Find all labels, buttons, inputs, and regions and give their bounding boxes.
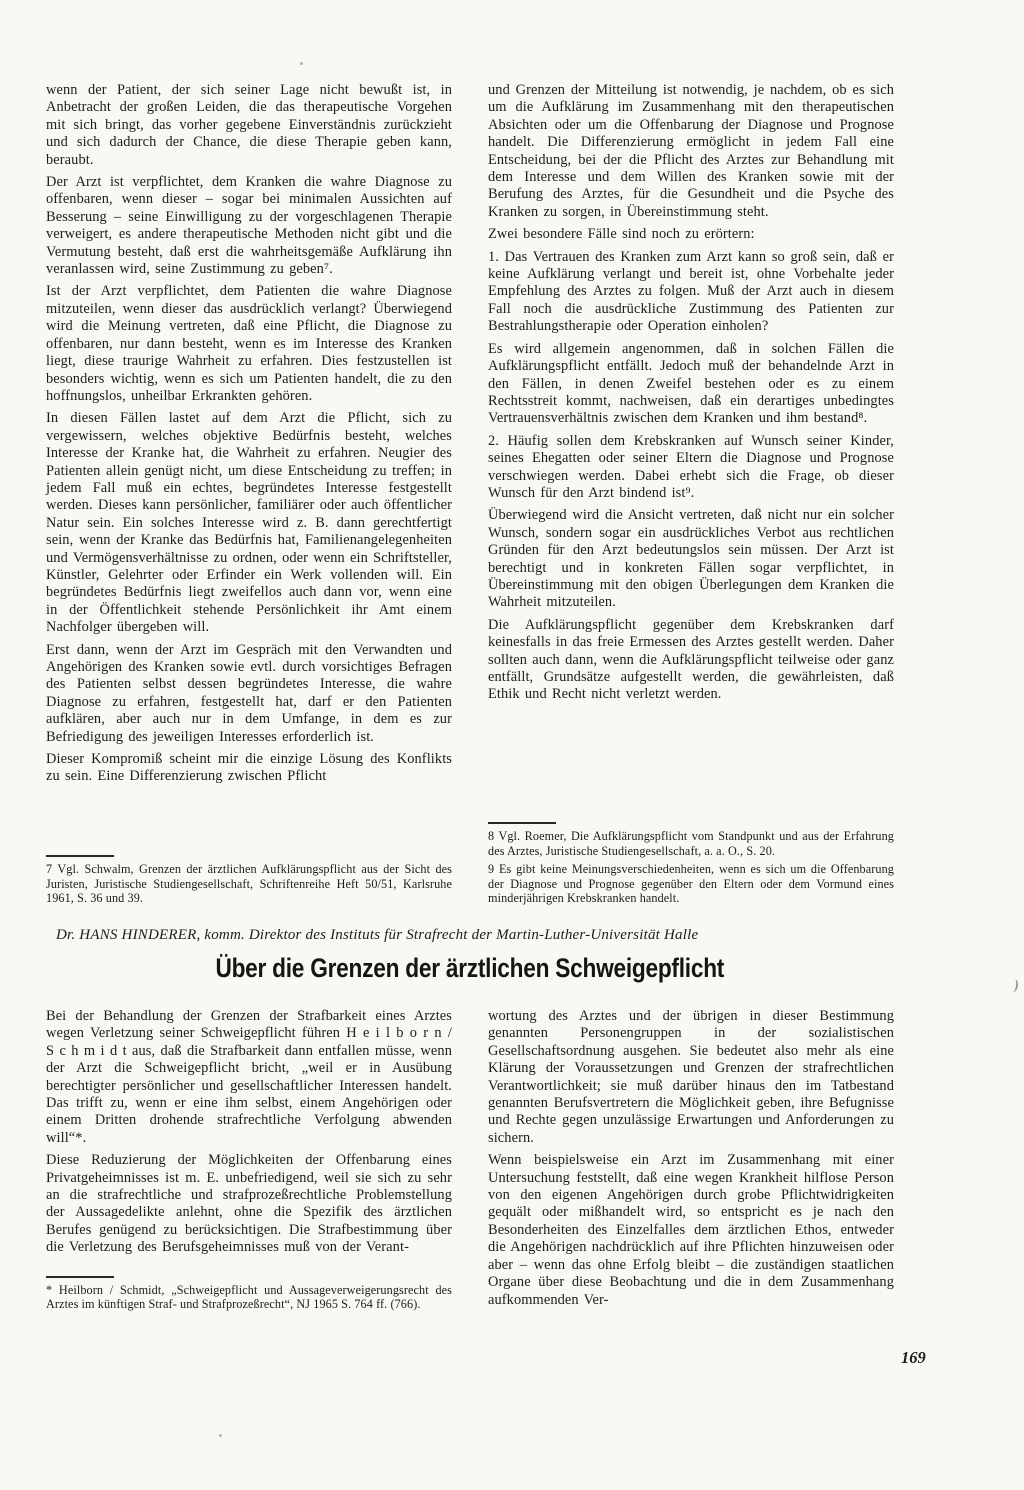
paragraph: Ist der Arzt verpflichtet, dem Patienten… <box>46 283 452 405</box>
footnote-list: * Heilborn / Schmidt, „Schweigepflicht u… <box>46 1283 452 1312</box>
left-column-paragraphs: Bei der Behandlung der Grenzen der Straf… <box>46 1008 452 1262</box>
paragraph: Erst dann, wenn der Arzt im Gespräch mit… <box>46 642 452 746</box>
article-title: Über die Grenzen der ärztlichen Schweige… <box>46 953 894 984</box>
paragraph: wenn der Patient, der sich seiner Lage n… <box>46 82 452 169</box>
footnote: 7 Vgl. Schwalm, Grenzen der ärztlichen A… <box>46 862 452 906</box>
paragraph: Überwiegend wird die Ansicht vertreten, … <box>488 507 894 611</box>
footnote: * Heilborn / Schmidt, „Schweigepflicht u… <box>46 1283 452 1312</box>
left-column: Bei der Behandlung der Grenzen der Straf… <box>46 1008 452 1316</box>
right-column: und Grenzen der Mitteilung ist notwendig… <box>488 82 894 910</box>
scan-speck <box>300 62 303 65</box>
paragraph: wortung des Arztes und der übrigen in di… <box>488 1008 894 1147</box>
footnote: 9 Es gibt keine Meinungsverschiedenheite… <box>488 862 894 906</box>
paragraph: Es wird allgemein angenommen, daß in sol… <box>488 341 894 428</box>
footnote-divider <box>488 822 556 824</box>
footnote-divider <box>46 1276 114 1278</box>
paragraph: Bei der Behandlung der Grenzen der Straf… <box>46 1008 452 1147</box>
paragraph: Wenn beispielsweise ein Arzt im Zusammen… <box>488 1152 894 1309</box>
paragraph: und Grenzen der Mitteilung ist notwendig… <box>488 82 894 221</box>
paragraph: 1. Das Vertrauen des Kranken zum Arzt ka… <box>488 249 894 336</box>
paragraph: Die Aufklärungspflicht gegenüber dem Kre… <box>488 617 894 704</box>
right-column: wortung des Arztes und der übrigen in di… <box>488 1008 894 1316</box>
paragraph: 2. Häufig sollen dem Krebskranken auf Wu… <box>488 433 894 503</box>
article-byline: Dr. HANS HINDERER, komm. Direktor des In… <box>56 927 904 944</box>
right-column-paragraphs: wortung des Arztes und der übrigen in di… <box>488 1008 894 1314</box>
paragraph: Der Arzt ist verpflichtet, dem Kranken d… <box>46 174 452 278</box>
continued-article-section: wenn der Patient, der sich seiner Lage n… <box>46 82 894 910</box>
footnote-divider <box>46 855 114 857</box>
paragraph: In diesen Fällen lastet auf dem Arzt die… <box>46 410 452 636</box>
left-column-footnotes: * Heilborn / Schmidt, „Schweigepflicht u… <box>46 1276 452 1316</box>
left-column-footnotes: 7 Vgl. Schwalm, Grenzen der ärztlichen A… <box>46 855 452 910</box>
page-number: 169 <box>901 1348 926 1368</box>
left-column: wenn der Patient, der sich seiner Lage n… <box>46 82 452 910</box>
left-column-paragraphs: wenn der Patient, der sich seiner Lage n… <box>46 82 452 791</box>
scan-speck <box>219 1434 222 1437</box>
article-title-text: Über die Grenzen der ärztlichen Schweige… <box>216 953 725 984</box>
paragraph: Zwei besondere Fälle sind noch zu erörte… <box>488 226 894 243</box>
footnote: 8 Vgl. Roemer, Die Aufklärungspflicht vo… <box>488 829 894 858</box>
right-column-paragraphs: und Grenzen der Mitteilung ist notwendig… <box>488 82 894 709</box>
article-body-section: Bei der Behandlung der Grenzen der Straf… <box>46 1008 894 1316</box>
footnote-list: 8 Vgl. Roemer, Die Aufklärungspflicht vo… <box>488 829 894 906</box>
right-column-footnotes: 8 Vgl. Roemer, Die Aufklärungspflicht vo… <box>488 822 894 910</box>
paragraph: Diese Reduzierung der Möglichkeiten der … <box>46 1152 452 1256</box>
paragraph: Dieser Kompromiß scheint mir die einzige… <box>46 751 452 786</box>
journal-page: wenn der Patient, der sich seiner Lage n… <box>0 0 1024 1490</box>
scan-artifact-mark <box>1009 979 1019 993</box>
footnote-list: 7 Vgl. Schwalm, Grenzen der ärztlichen A… <box>46 862 452 906</box>
